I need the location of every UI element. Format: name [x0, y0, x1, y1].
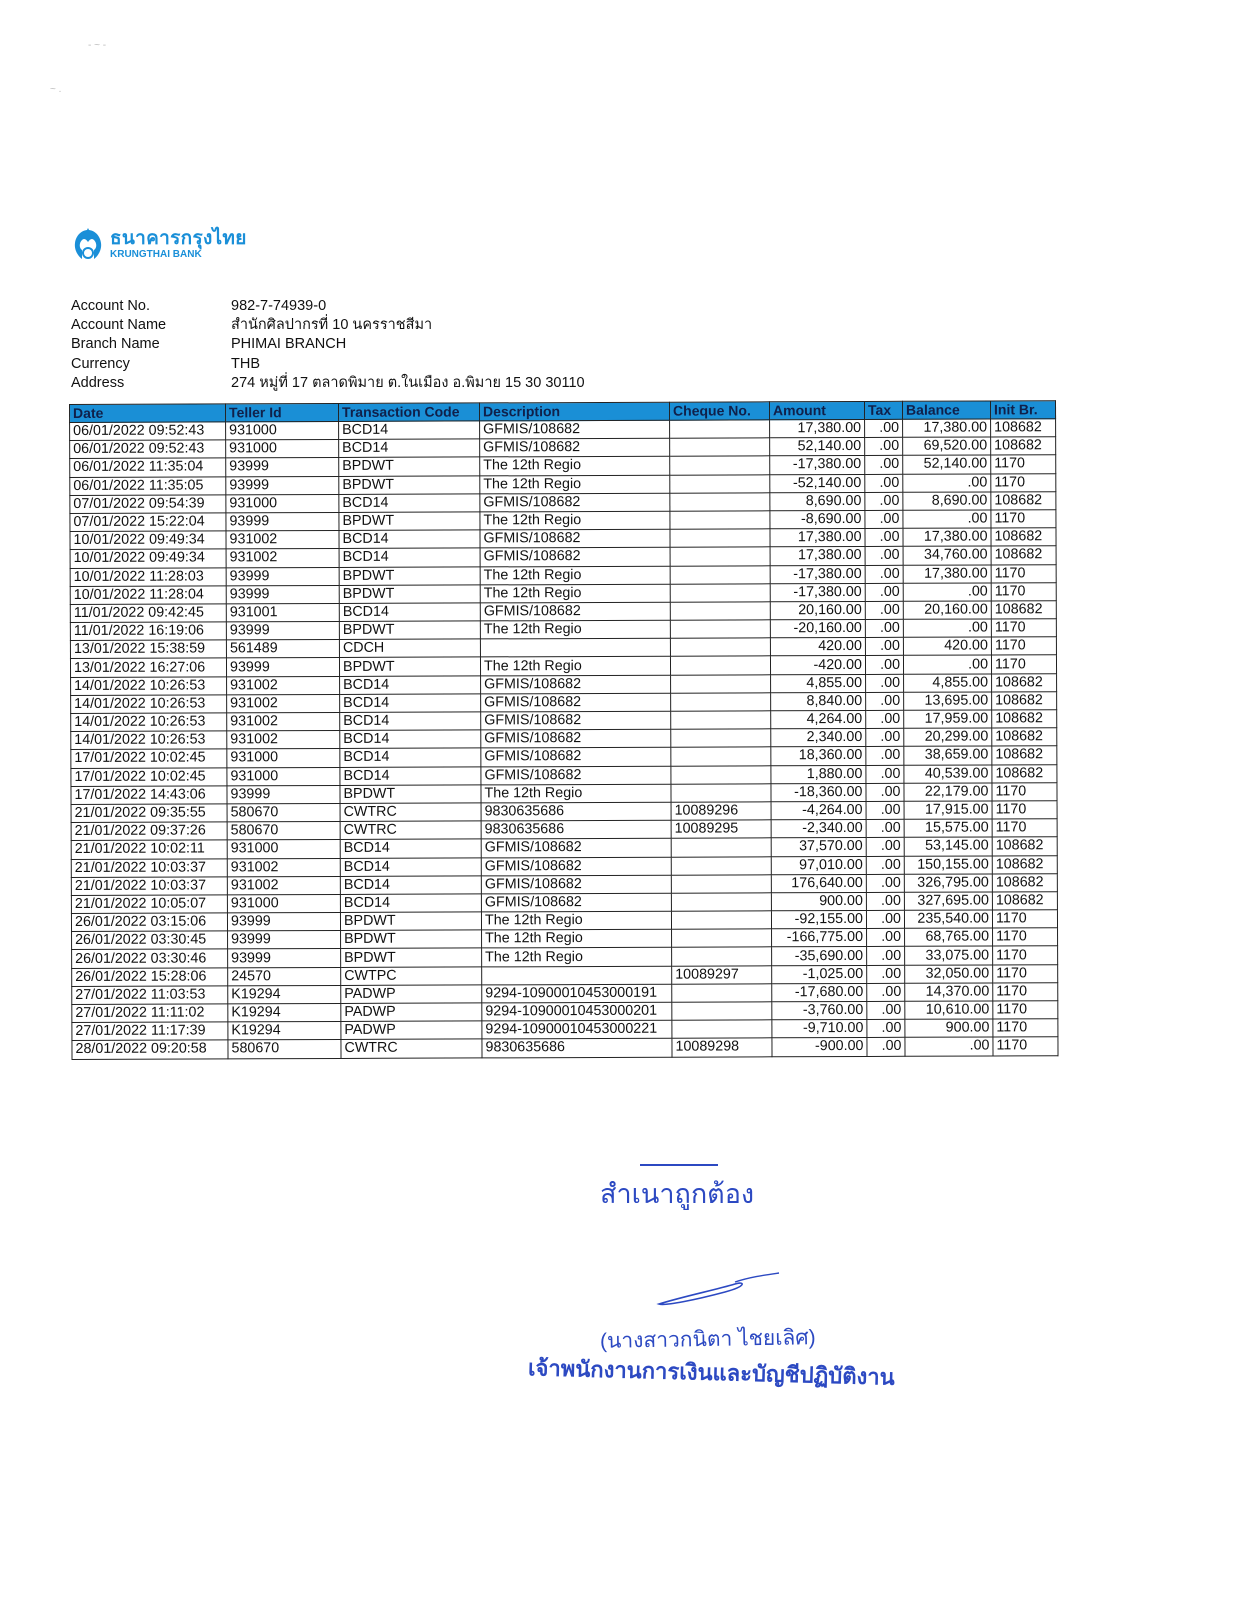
table-cell: 108682 — [991, 437, 1056, 455]
table-cell: 17,380.00 — [770, 547, 865, 566]
table-cell: BCD14 — [340, 766, 481, 785]
info-row: Account No.982-7-74939-0 — [71, 297, 585, 316]
info-row: Branch NamePHIMAI BRANCH — [71, 335, 585, 354]
table-cell: 580670 — [227, 803, 340, 822]
table-cell: 18,360.00 — [771, 747, 866, 766]
table-cell: .00 — [865, 547, 903, 565]
table-cell: -18,360.00 — [771, 783, 866, 802]
table-cell: 108682 — [992, 892, 1057, 910]
table-cell: 93999 — [227, 785, 340, 804]
table-cell: The 12th Regio — [480, 657, 670, 676]
table-cell: .00 — [866, 856, 904, 874]
table-cell: 931000 — [226, 494, 339, 513]
table-cell: BCD14 — [340, 748, 481, 767]
table-cell: BCD14 — [339, 439, 480, 458]
table-cell: 9830635686 — [481, 802, 671, 821]
table-cell: GFMIS/108682 — [481, 766, 671, 785]
table-cell: 931002 — [227, 876, 340, 895]
info-label: Address — [71, 374, 231, 393]
table-cell: .00 — [866, 892, 904, 910]
table-cell: .00 — [867, 983, 905, 1001]
bank-logo: ธนาคารกรุงไทย KRUNGTHAI BANK — [72, 226, 247, 264]
table-cell: PADWP — [341, 985, 482, 1004]
table-cell: .00 — [867, 1019, 905, 1037]
table-cell — [671, 765, 771, 784]
table-cell: 40,539.00 — [904, 765, 992, 784]
column-header: Balance — [902, 401, 990, 419]
table-cell: -8,690.00 — [770, 510, 865, 529]
table-cell: 1,880.00 — [771, 765, 866, 784]
table-cell: .00 — [865, 601, 903, 619]
column-header: Description — [479, 402, 669, 421]
table-cell: 1170 — [991, 455, 1056, 473]
table-cell: BCD14 — [340, 694, 481, 713]
table-cell: .00 — [866, 819, 904, 837]
table-cell: GFMIS/108682 — [480, 493, 670, 512]
table-cell: 10089296 — [671, 802, 771, 821]
table-cell: GFMIS/108682 — [480, 420, 670, 439]
table-cell: 28/01/2022 09:20:58 — [72, 1040, 228, 1059]
table-cell: GFMIS/108682 — [481, 875, 671, 894]
table-cell: GFMIS/108682 — [481, 729, 671, 748]
table-cell: -1,025.00 — [772, 965, 867, 984]
table-cell: BCD14 — [339, 603, 480, 622]
table-cell — [672, 947, 772, 966]
table-cell: BPDWT — [339, 621, 480, 640]
table-cell: GFMIS/108682 — [480, 438, 670, 457]
table-cell: 1170 — [991, 655, 1056, 673]
column-header: Amount — [769, 401, 864, 419]
table-cell: 931000 — [226, 440, 339, 459]
table-cell: 1170 — [992, 801, 1057, 819]
info-row: Address274 หมู่ที่ 17 ตลาดพิมาย ต.ในเมือ… — [71, 374, 585, 393]
table-cell — [670, 493, 770, 512]
table-cell: 21/01/2022 09:35:55 — [71, 804, 227, 823]
table-cell: -52,140.00 — [770, 474, 865, 493]
table-cell — [670, 474, 770, 493]
table-cell: BCD14 — [339, 548, 480, 567]
table-cell: The 12th Regio — [480, 620, 670, 639]
table-cell: The 12th Regio — [482, 929, 672, 948]
table-cell: 17,959.00 — [904, 710, 992, 729]
table-cell: .00 — [865, 528, 903, 546]
table-cell: The 12th Regio — [481, 911, 671, 930]
table-cell — [671, 911, 771, 930]
table-cell: .00 — [866, 674, 904, 692]
info-label: Account No. — [71, 297, 231, 316]
table-cell: 21/01/2022 10:03:37 — [71, 858, 227, 877]
table-cell: 1170 — [991, 619, 1056, 637]
table-cell: .00 — [865, 656, 903, 674]
table-cell: BCD14 — [340, 712, 481, 731]
table-cell: 1170 — [991, 637, 1056, 655]
table-cell: 1170 — [993, 1001, 1058, 1019]
table-cell — [670, 620, 770, 639]
table-cell: 21/01/2022 10:02:11 — [71, 840, 227, 859]
table-cell: 26/01/2022 03:30:46 — [72, 949, 228, 968]
table-cell: BPDWT — [340, 912, 481, 931]
table-cell: 17/01/2022 10:02:45 — [71, 767, 227, 786]
table-cell: 9830635686 — [481, 820, 671, 839]
table-cell: 21/01/2022 10:05:07 — [71, 895, 227, 914]
table-cell: .00 — [866, 710, 904, 728]
table-cell: 561489 — [226, 640, 339, 659]
table-cell — [671, 856, 771, 875]
table-cell: 108682 — [991, 491, 1056, 509]
table-cell: 1170 — [993, 946, 1058, 964]
table-cell: CWTRC — [340, 821, 481, 840]
table-cell: -4,264.00 — [771, 801, 866, 820]
table-cell: 2,340.00 — [771, 729, 866, 748]
table-cell — [671, 693, 771, 712]
info-row: CurrencyTHB — [71, 355, 585, 374]
table-cell: K19294 — [228, 1022, 341, 1041]
table-cell: 34,760.00 — [903, 546, 991, 565]
table-cell: 17/01/2022 10:02:45 — [71, 749, 227, 768]
table-cell: The 12th Regio — [480, 475, 670, 494]
table-cell: 4,855.00 — [904, 674, 992, 693]
table-cell: 13,695.00 — [904, 692, 992, 711]
table-cell: 1170 — [991, 510, 1056, 528]
table-cell: BPDWT — [339, 585, 480, 604]
table-cell: 20,160.00 — [903, 601, 991, 620]
table-cell: .00 — [903, 510, 991, 529]
table-cell: 108682 — [992, 710, 1057, 728]
table-cell: .00 — [866, 765, 904, 783]
table-cell: 37,570.00 — [771, 838, 866, 857]
table-cell — [670, 456, 770, 475]
table-cell: 14/01/2022 10:26:53 — [71, 677, 227, 696]
table-cell: BCD14 — [339, 530, 480, 549]
table-cell: BCD14 — [339, 494, 480, 513]
table-cell: 420.00 — [770, 638, 865, 657]
table-cell: .00 — [865, 565, 903, 583]
table-cell: 900.00 — [905, 1019, 993, 1038]
table-cell: 26/01/2022 03:30:45 — [72, 931, 228, 950]
table-cell: 1170 — [992, 782, 1057, 800]
scan-artifact: - ~ - — [88, 40, 106, 51]
table-cell: 1170 — [992, 819, 1057, 837]
table-cell: .00 — [866, 910, 904, 928]
table-cell: 10/01/2022 11:28:03 — [70, 567, 226, 586]
table-row: 28/01/2022 09:20:58580670CWTRC9830635686… — [72, 1037, 1058, 1059]
table-cell: 14/01/2022 10:26:53 — [71, 695, 227, 714]
column-header: Cheque No. — [669, 402, 769, 420]
table-cell — [672, 984, 772, 1003]
table-cell: 32,050.00 — [905, 965, 993, 984]
table-cell: .00 — [865, 419, 903, 437]
table-cell: 931000 — [227, 840, 340, 859]
table-cell: 4,264.00 — [771, 710, 866, 729]
table-cell: 326,795.00 — [904, 874, 992, 893]
table-cell: 580670 — [228, 1040, 341, 1059]
signer-position: เจ้าพนักงานการเงินและบัญชีปฏิบัติงาน — [528, 1350, 896, 1395]
table-cell: 108682 — [991, 419, 1056, 437]
table-cell: CWTRC — [340, 803, 481, 822]
table-cell: 93999 — [228, 949, 341, 968]
table-cell: 900.00 — [771, 892, 866, 911]
info-value: 274 หมู่ที่ 17 ตลาดพิมาย ต.ในเมือง อ.พิม… — [231, 374, 585, 393]
table-cell: .00 — [903, 655, 991, 674]
table-cell: .00 — [865, 583, 903, 601]
table-cell: 931002 — [226, 549, 339, 568]
table-cell: GFMIS/108682 — [480, 529, 670, 548]
table-cell — [670, 656, 770, 675]
table-cell: The 12th Regio — [480, 457, 670, 476]
table-cell: 17,380.00 — [770, 419, 865, 438]
table-cell: GFMIS/108682 — [481, 748, 671, 767]
table-cell: -3,760.00 — [772, 1001, 867, 1020]
table-cell: PADWP — [341, 1021, 482, 1040]
column-header: Tax — [864, 401, 902, 419]
table-cell: 4,855.00 — [771, 674, 866, 693]
table-cell — [670, 602, 770, 621]
table-cell: .00 — [866, 692, 904, 710]
table-cell — [670, 529, 770, 548]
table-cell: 931002 — [227, 676, 340, 695]
table-cell: 26/01/2022 03:15:06 — [71, 913, 227, 932]
table-cell: GFMIS/108682 — [480, 602, 670, 621]
table-cell: 22,179.00 — [904, 783, 992, 802]
table-cell: .00 — [903, 474, 991, 493]
table-cell: .00 — [866, 747, 904, 765]
info-value: THB — [231, 355, 260, 374]
column-header: Transaction Code — [338, 403, 479, 422]
table-cell: 93999 — [227, 913, 340, 932]
table-cell: 108682 — [991, 601, 1056, 619]
table-cell: GFMIS/108682 — [481, 711, 671, 730]
table-cell: 931002 — [227, 712, 340, 731]
table-cell: 10,610.00 — [905, 1001, 993, 1020]
table-cell: BPDWT — [339, 475, 480, 494]
info-value: PHIMAI BRANCH — [231, 335, 346, 354]
table-cell: 10089298 — [672, 1038, 772, 1057]
table-cell: 10089297 — [672, 965, 772, 984]
table-cell — [671, 784, 771, 803]
table-cell — [671, 893, 771, 912]
table-cell: 93999 — [226, 458, 339, 477]
scan-artifact: ~ . — [50, 84, 61, 95]
table-cell: 11/01/2022 16:19:06 — [70, 622, 226, 641]
table-cell: 931000 — [227, 894, 340, 913]
table-cell: 108682 — [992, 837, 1057, 855]
table-cell: 17,380.00 — [770, 529, 865, 548]
table-cell: 235,540.00 — [904, 910, 992, 929]
table-cell: 1170 — [993, 1037, 1058, 1055]
info-row: Account Nameสำนักศิลปากรที่ 10 นครราชสีม… — [71, 316, 585, 335]
table-cell: 10/01/2022 09:49:34 — [70, 549, 226, 568]
table-cell: 420.00 — [903, 637, 991, 656]
table-cell: -17,680.00 — [772, 983, 867, 1002]
table-cell: 13/01/2022 16:27:06 — [70, 658, 226, 677]
account-info: Account No.982-7-74939-0Account Nameสำนั… — [71, 297, 585, 393]
table-cell: 10089295 — [671, 820, 771, 839]
table-cell: -17,380.00 — [770, 565, 865, 584]
table-cell: 931002 — [227, 694, 340, 713]
table-cell — [672, 1020, 772, 1039]
table-cell: CWTPC — [341, 967, 482, 986]
table-cell: PADWP — [341, 1003, 482, 1022]
table-cell: 10/01/2022 11:28:04 — [70, 586, 226, 605]
table-cell: -17,380.00 — [770, 583, 865, 602]
table-cell: BPDWT — [339, 457, 480, 476]
table-cell: 69,520.00 — [903, 437, 991, 456]
table-cell: 17,915.00 — [904, 801, 992, 820]
table-cell: 150,155.00 — [904, 855, 992, 874]
table-cell: 108682 — [992, 764, 1057, 782]
table-cell: 108682 — [992, 692, 1057, 710]
table-cell: 52,140.00 — [903, 455, 991, 474]
table-cell: .00 — [865, 619, 903, 637]
table-cell: 580670 — [227, 822, 340, 841]
table-cell: 93999 — [226, 567, 339, 586]
table-cell: 1170 — [991, 582, 1056, 600]
table-cell: 1170 — [991, 564, 1056, 582]
signature — [655, 1268, 785, 1313]
table-cell — [672, 929, 772, 948]
table-cell: 97,010.00 — [771, 856, 866, 875]
table-cell: GFMIS/108682 — [480, 548, 670, 567]
table-cell — [480, 638, 670, 657]
info-value: 982-7-74939-0 — [231, 297, 326, 316]
table-cell: 14/01/2022 10:26:53 — [71, 731, 227, 750]
table-cell: 11/01/2022 09:42:45 — [70, 604, 226, 623]
table-cell: 1170 — [993, 1019, 1058, 1037]
table-cell: 20,160.00 — [770, 601, 865, 620]
table-cell: .00 — [903, 619, 991, 638]
table-cell: 9294-10900010453000221 — [482, 1020, 672, 1039]
table-cell: .00 — [867, 929, 905, 947]
table-cell: BCD14 — [340, 676, 481, 695]
table-cell: BPDWT — [340, 785, 481, 804]
table-cell: 931000 — [227, 767, 340, 786]
table-cell: 108682 — [991, 528, 1056, 546]
table-cell: 176,640.00 — [771, 874, 866, 893]
table-cell: .00 — [865, 474, 903, 492]
table-cell: 17/01/2022 14:43:06 — [71, 786, 227, 805]
table-cell: -2,340.00 — [771, 820, 866, 839]
table-cell: 27/01/2022 11:11:02 — [72, 1004, 228, 1023]
table-cell: 14/01/2022 10:26:53 — [71, 713, 227, 732]
table-cell — [670, 638, 770, 657]
table-cell: -35,690.00 — [772, 947, 867, 966]
table-cell — [671, 874, 771, 893]
table-cell: .00 — [866, 783, 904, 801]
table-cell: BCD14 — [339, 421, 480, 440]
table-cell: .00 — [865, 510, 903, 528]
table-cell: 93999 — [226, 658, 339, 677]
table-cell: BCD14 — [340, 857, 481, 876]
column-header: Init Br. — [990, 401, 1055, 419]
table-cell: 93999 — [226, 512, 339, 531]
table-cell — [671, 747, 771, 766]
table-cell: 27/01/2022 11:17:39 — [72, 1022, 228, 1041]
bank-name-en: KRUNGTHAI BANK — [110, 249, 247, 261]
table-cell: The 12th Regio — [481, 784, 671, 803]
table-cell: .00 — [865, 437, 903, 455]
table-cell: 8,690.00 — [903, 492, 991, 511]
info-label: Currency — [71, 355, 231, 374]
table-cell — [482, 966, 672, 985]
table-cell — [670, 438, 770, 457]
table-cell: -9,710.00 — [772, 1020, 867, 1039]
table-cell: 06/01/2022 09:52:43 — [70, 440, 226, 459]
table-cell: .00 — [866, 728, 904, 746]
table-cell: 1170 — [993, 983, 1058, 1001]
table-cell: 21/01/2022 10:03:37 — [71, 877, 227, 896]
table-cell: 33,075.00 — [905, 946, 993, 965]
table-cell: 9830635686 — [482, 1039, 672, 1058]
column-header: Date — [70, 404, 226, 423]
table-cell: BCD14 — [340, 876, 481, 895]
table-cell: 07/01/2022 09:54:39 — [70, 495, 226, 514]
table-cell: GFMIS/108682 — [481, 857, 671, 876]
table-cell: .00 — [867, 1038, 905, 1056]
krungthai-bird-icon — [72, 226, 104, 264]
table-cell: 52,140.00 — [770, 438, 865, 457]
table-cell: .00 — [905, 1037, 993, 1056]
table-cell: 06/01/2022 11:35:05 — [70, 476, 226, 495]
table-cell: 68,765.00 — [905, 928, 993, 947]
table-cell: 1170 — [992, 910, 1057, 928]
table-cell: .00 — [865, 456, 903, 474]
table-cell: 108682 — [991, 546, 1056, 564]
table-cell: 931002 — [226, 531, 339, 550]
table-cell: BPDWT — [339, 657, 480, 676]
table-cell: BPDWT — [339, 512, 480, 531]
table-cell: GFMIS/108682 — [481, 839, 671, 858]
table-cell: 17,380.00 — [903, 564, 991, 583]
table-cell: 8,840.00 — [771, 692, 866, 711]
table-cell: .00 — [903, 583, 991, 602]
table-cell: 931002 — [227, 731, 340, 750]
table-cell: 93999 — [226, 585, 339, 604]
table-cell: -166,775.00 — [772, 929, 867, 948]
table-cell: GFMIS/108682 — [481, 893, 671, 912]
table-cell: 108682 — [992, 855, 1057, 873]
table-cell: -92,155.00 — [771, 911, 866, 930]
table-cell: CDCH — [339, 639, 480, 658]
table-cell: 108682 — [992, 746, 1057, 764]
table-cell: 8,690.00 — [770, 492, 865, 511]
table-cell: -20,160.00 — [770, 620, 865, 639]
table-cell: 14,370.00 — [905, 983, 993, 1002]
table-cell: GFMIS/108682 — [481, 675, 671, 694]
table-cell: 10/01/2022 09:49:34 — [70, 531, 226, 550]
table-cell: .00 — [867, 1001, 905, 1019]
table-cell: 26/01/2022 15:28:06 — [72, 968, 228, 987]
table-cell: 1170 — [991, 473, 1056, 491]
table-cell: 9294-10900010453000201 — [482, 1002, 672, 1021]
table-cell: 1170 — [993, 964, 1058, 982]
table-cell: 93999 — [226, 476, 339, 495]
table-cell — [670, 420, 770, 439]
table-cell: 20,299.00 — [904, 728, 992, 747]
table-cell: 17,380.00 — [903, 419, 991, 438]
table-cell: 53,145.00 — [904, 837, 992, 856]
table-cell — [670, 565, 770, 584]
table-cell: 13/01/2022 15:38:59 — [70, 640, 226, 659]
table-cell — [671, 838, 771, 857]
table-cell: 931002 — [227, 858, 340, 877]
table-cell: The 12th Regio — [482, 948, 672, 967]
table-cell: The 12th Regio — [480, 511, 670, 530]
certified-copy-stamp: สำเนาถูกต้อง — [600, 1172, 754, 1215]
table-cell: 15,575.00 — [904, 819, 992, 838]
table-cell: 93999 — [226, 622, 339, 641]
table-cell: 108682 — [992, 728, 1057, 746]
table-cell: BPDWT — [341, 930, 482, 949]
